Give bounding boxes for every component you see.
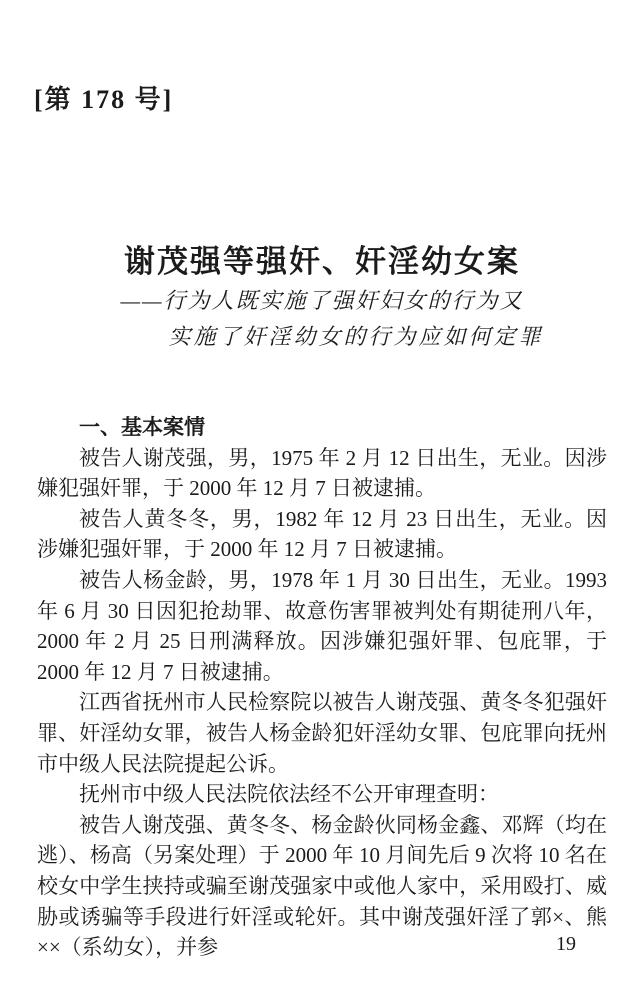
body-text-block: 一、基本案情 被告人谢茂强，男，1975 年 2 月 12 日出生，无业。因涉嫌…: [37, 412, 607, 963]
body-paragraph-6: 被告人谢茂强、黄冬冬、杨金龄伙同杨金鑫、邓辉（均在逃）、杨高（另案处理）于 20…: [37, 810, 607, 963]
case-title: 谢茂强等强奸、奸淫幼女案: [0, 236, 644, 281]
body-paragraph-2: 被告人黄冬冬，男，1982 年 12 月 23 日出生，无业。因涉嫌犯强奸罪，于…: [37, 504, 607, 565]
body-paragraph-1: 被告人谢茂强，男，1975 年 2 月 12 日出生，无业。因涉嫌犯强奸罪，于 …: [37, 443, 607, 504]
case-subtitle-line2: 实施了奸淫幼女的行为应如何定罪: [34, 320, 644, 351]
document-page: [第 178 号] 谢茂强等强奸、奸淫幼女案 ——行为人既实施了强奸妇女的行为又…: [0, 0, 644, 999]
body-paragraph-4: 江西省抚州市人民检察院以被告人谢茂强、黄冬冬犯强奸罪、奸淫幼女罪，被告人杨金龄犯…: [37, 687, 607, 779]
body-paragraph-3: 被告人杨金龄，男，1978 年 1 月 30 日出生，无业。1993 年 6 月…: [37, 565, 607, 687]
page-number: 19: [556, 933, 576, 956]
case-number-label: [第 178 号]: [34, 79, 173, 116]
section-heading: 一、基本案情: [37, 412, 607, 443]
case-subtitle-line1: ——行为人既实施了强奸妇女的行为又: [0, 284, 644, 315]
body-paragraph-5: 抚州市中级人民法院依法经不公开审理查明：: [37, 779, 607, 810]
